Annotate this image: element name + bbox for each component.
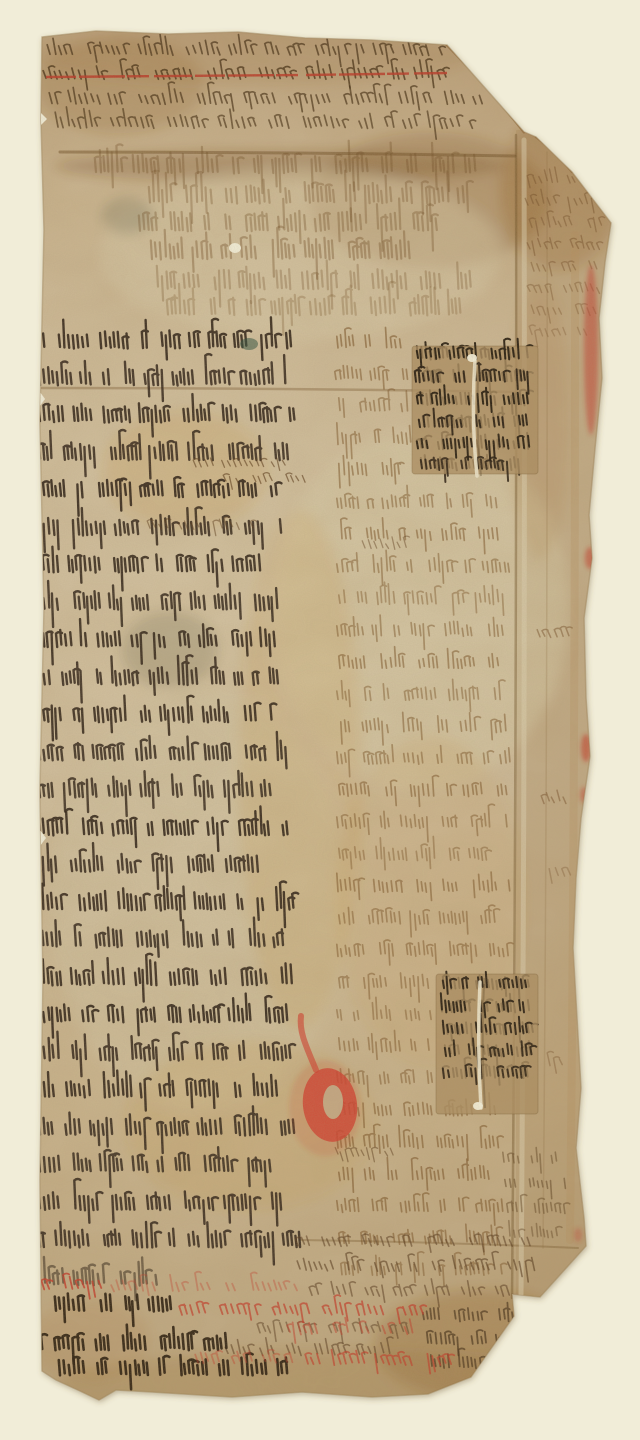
- parchment-fragment-svg: [0, 0, 640, 1440]
- parchment-surface: [0, 0, 640, 1440]
- parchment-grain: [0, 0, 640, 1440]
- manuscript-photograph: Medieval parchment manuscript fragment w…: [0, 0, 640, 1440]
